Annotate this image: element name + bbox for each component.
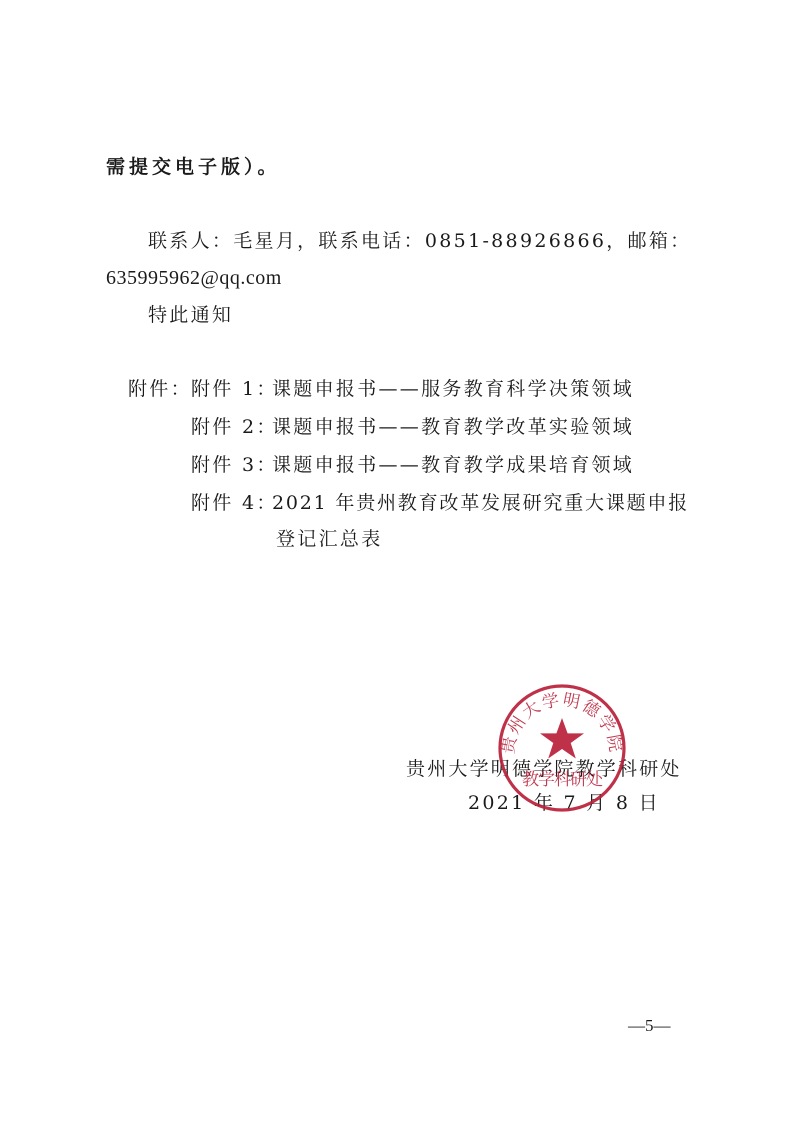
star-icon bbox=[540, 718, 584, 759]
contact-line: 联系人：毛星月，联系电话：0851-88926866，邮箱： bbox=[148, 229, 691, 253]
attachment-label: 附件 2： bbox=[191, 415, 278, 439]
svg-text:贵州大学明德学院: 贵州大学明德学院 bbox=[498, 690, 625, 755]
signature-date: 2021 年 7 月 8 日 bbox=[468, 791, 660, 815]
signature-org: 贵州大学明德学院教学科研处 bbox=[406, 757, 682, 781]
attachment-label: 附件 4： bbox=[191, 491, 278, 515]
attachment-text: 课题申报书——服务教育科学决策领域 bbox=[272, 377, 634, 401]
attachments-label: 附件： bbox=[128, 377, 192, 401]
attachment-label: 附件 3： bbox=[191, 453, 278, 477]
attachment-text: 课题申报书——教育教学成果培育领域 bbox=[272, 453, 634, 477]
page-number: —5— bbox=[628, 1016, 671, 1036]
attachment-label: 附件 1： bbox=[191, 377, 278, 401]
attachment-text: 2021 年贵州教育改革发展研究重大课题申报 bbox=[272, 491, 689, 515]
contact-email: 635995962@qq.com bbox=[106, 266, 282, 290]
attachment-text: 课题申报书——教育教学改革实验领域 bbox=[272, 415, 634, 439]
attachment-text-continued: 登记汇总表 bbox=[276, 527, 383, 551]
closing-text: 特此通知 bbox=[148, 303, 233, 327]
continued-line: 需提交电子版）。 bbox=[106, 155, 281, 179]
